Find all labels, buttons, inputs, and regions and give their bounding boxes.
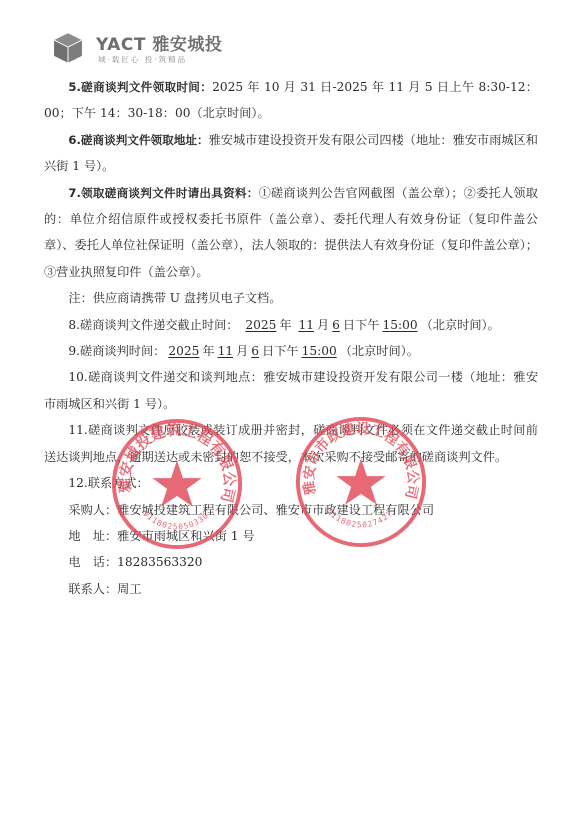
brand-slogan: 城·载匠心 投·筑精品 — [98, 55, 222, 65]
negotiation-time: 15:00 — [299, 344, 340, 358]
year-unit: 年 — [279, 318, 291, 332]
phone-value: 18283563320 — [117, 555, 202, 569]
company-logo: YACT 雅安城投 城·载匠心 投·筑精品 — [50, 30, 222, 70]
day-unit: 日下午 — [262, 344, 299, 358]
deadline-year: 2025 — [242, 318, 279, 332]
section-6: 6.磋商谈判文件领取地址：雅安城市建设投资开发有限公司四楼（地址：雅安市雨城区和… — [44, 127, 538, 180]
section-5: 5.磋商谈判文件领取时间：2025 年 10 月 31 日-2025 年 11 … — [44, 74, 538, 127]
section-7: 7.领取磋商谈判文件时请出具资料：①磋商谈判公告官网截图（盖公章）；②委托人领取… — [44, 180, 538, 286]
contact-person-row: 联系人：周工 — [44, 576, 538, 602]
section-8: 8.磋商谈判文件递交截止时间： 2025年 11月6日下午15:00（北京时间）… — [44, 312, 538, 338]
cube-icon — [50, 30, 86, 70]
section-7-note: 注：供应商请携带 U 盘拷贝电子文档。 — [44, 285, 538, 311]
purchaser-label: 采购人： — [68, 503, 117, 517]
document-body: 5.磋商谈判文件领取时间：2025 年 10 月 31 日-2025 年 11 … — [44, 74, 538, 602]
month-unit: 月 — [317, 318, 329, 332]
section-9-label: 9.磋商谈判时间： — [68, 344, 165, 358]
timezone-suffix: （北京时间）。 — [421, 318, 500, 332]
brand-name: YACT 雅安城投 — [96, 35, 222, 55]
section-11: 11.磋商谈判文件应胶装或装订成册并密封，磋商谈判文件必须在文件递交截止时间前送… — [44, 417, 538, 470]
address-row: 地 址：雅安市雨城区和兴街 1 号 — [44, 523, 538, 549]
section-10-label: 10.磋商谈判文件递交和谈判地点： — [68, 370, 263, 384]
section-5-label: 5.磋商谈判文件领取时间： — [68, 80, 212, 94]
deadline-month: 11 — [295, 318, 317, 332]
section-8-label: 8.磋商谈判文件递交截止时间： — [68, 318, 238, 332]
section-10: 10.磋商谈判文件递交和谈判地点：雅安城市建设投资开发有限公司一楼（地址：雅安市… — [44, 364, 538, 417]
negotiation-year: 2025 — [165, 344, 202, 358]
contact-person-value: 周工 — [117, 582, 141, 596]
timezone-suffix: （北京时间）。 — [340, 344, 419, 358]
address-value: 雅安市雨城区和兴街 1 号 — [117, 529, 254, 543]
section-7-label: 7.领取磋商谈判文件时请出具资料： — [68, 186, 258, 200]
purchaser-row: 采购人：雅安城投建筑工程有限公司、雅安市市政建设工程有限公司 — [44, 497, 538, 523]
negotiation-month: 11 — [215, 344, 237, 358]
section-6-label: 6.磋商谈判文件领取地址： — [68, 133, 208, 147]
negotiation-day: 6 — [248, 344, 262, 358]
deadline-day: 6 — [329, 318, 343, 332]
deadline-time: 15:00 — [379, 318, 420, 332]
purchaser-value: 雅安城投建筑工程有限公司、雅安市市政建设工程有限公司 — [117, 503, 434, 517]
section-12: 12.联系方式： — [44, 470, 538, 496]
day-unit: 日下午 — [343, 318, 380, 332]
phone-label: 电 话： — [68, 555, 117, 569]
month-unit: 月 — [236, 344, 248, 358]
contact-person-label: 联系人： — [68, 582, 117, 596]
phone-row: 电 话：18283563320 — [44, 549, 538, 575]
address-label: 地 址： — [68, 529, 117, 543]
year-unit: 年 — [202, 344, 214, 358]
section-9: 9.磋商谈判时间：2025年11月6日下午15:00（北京时间）。 — [44, 338, 538, 364]
